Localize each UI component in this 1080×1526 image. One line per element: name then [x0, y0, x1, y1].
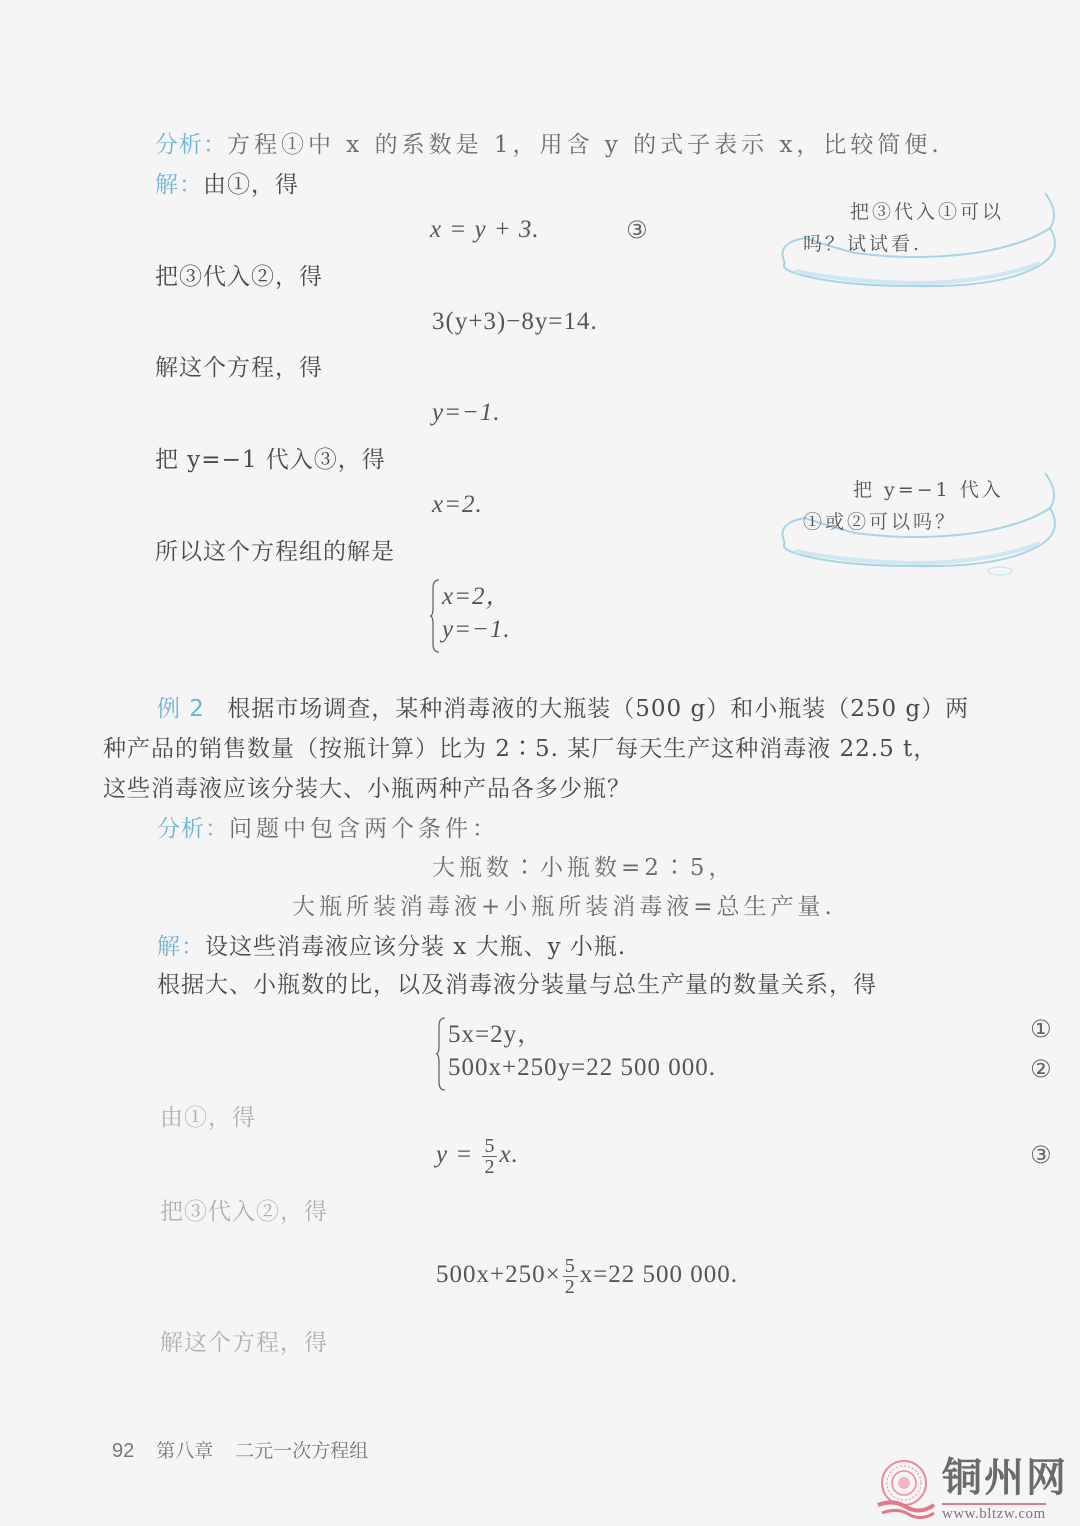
problem-text: 这些消毒液应该分装大、小瓶两种产品各多少瓶？ [103, 774, 631, 804]
step-text: 把③代入②，得 [160, 1197, 328, 1227]
solution-line: 解：由①，得 [155, 170, 299, 200]
analysis-text: 方程①中 x 的系数是 1，用含 y 的式子表示 x，比较简便. [227, 132, 943, 158]
example-label: 例 2 [157, 696, 205, 722]
analysis-label: 分析： [157, 816, 229, 842]
numerator: 5 [563, 1256, 578, 1277]
bubble-text: ①或②可以吗？ [803, 505, 957, 539]
page-number: 92 [112, 1440, 134, 1462]
textbook-page: 分析：方程①中 x 的系数是 1，用含 y 的式子表示 x，比较简便. 解：由①… [0, 0, 1080, 1526]
chapter-number: 第八章 [156, 1440, 213, 1462]
system-row: 500x+250y=22 500 000. [448, 1054, 716, 1082]
fraction: 52 [563, 1256, 578, 1297]
solution-text: 设这些消毒液应该分装 x 大瓶、y 小瓶. [205, 934, 626, 960]
page-footer: 92第八章二元一次方程组 [112, 1436, 368, 1463]
watermark: 铜州网 www.bltzw.com [876, 1455, 1076, 1523]
system-row: x=2， [442, 576, 511, 612]
site-logo-icon [876, 1459, 936, 1519]
equation-tag: ② [1030, 1054, 1053, 1084]
problem-text: 根据市场调查，某种消毒液的大瓶装（500 g）和小瓶装（250 g）两 [227, 696, 969, 722]
equation-y: y=−1. [432, 398, 501, 428]
numerator: 5 [482, 1136, 497, 1157]
step-text: 由①，得 [203, 172, 299, 198]
relation-text: 根据大、小瓶数的比，以及消毒液分装量与总生产量的数量关系，得 [157, 970, 877, 1000]
bubble-text: 吗？试试看. [803, 227, 922, 261]
step-text: 所以这个方程组的解是 [155, 537, 395, 567]
denominator: 2 [482, 1157, 497, 1177]
solution-label: 解： [157, 934, 205, 960]
step-text: 把③代入②，得 [155, 262, 323, 292]
analysis-line: 分析：方程①中 x 的系数是 1，用含 y 的式子表示 x，比较简便. [155, 130, 943, 160]
thought-bubble: 把③代入①可以 吗？试试看. [765, 183, 1065, 298]
equation-text: x = y + 3. [430, 216, 540, 243]
equation-substituted: 500x+250×52x=22 500 000. [436, 1250, 738, 1300]
system-row: 5x=2y， [448, 1014, 543, 1050]
step-text: 解这个方程，得 [160, 1328, 328, 1358]
equation-part: x. [499, 1141, 518, 1168]
equation-part: 500x+250× [436, 1261, 561, 1288]
equation-3: x = y + 3. [430, 215, 540, 245]
equation-x: x=2. [432, 490, 483, 520]
equation-3-fraction: y = 52x. [436, 1130, 519, 1180]
watermark-name: 铜州网 [942, 1455, 1068, 1501]
bubble-text: 把 y=−1 代入 [853, 473, 1004, 507]
denominator: 2 [563, 1277, 578, 1297]
condition-text: 大瓶数∶小瓶数=2∶5， [432, 853, 736, 883]
analysis-text: 问题中包含两个条件： [229, 816, 499, 842]
step-text: 解这个方程，得 [155, 353, 323, 383]
equation-system: 5x=2y， 500x+250y=22 500 000. [436, 1014, 796, 1094]
thought-bubble: 把 y=−1 代入 ①或②可以吗？ [765, 463, 1065, 578]
analysis-label: 分析： [155, 132, 227, 158]
solution-system: x=2， y=−1. [430, 576, 630, 656]
fraction: 52 [482, 1136, 497, 1177]
equation-tag: ③ [1030, 1140, 1053, 1170]
watermark-url: www.bltzw.com [942, 1503, 1046, 1523]
brace-icon [430, 578, 440, 654]
equation-part: y = [436, 1141, 480, 1168]
analysis-line: 分析：问题中包含两个条件： [157, 814, 499, 844]
system-row: y=−1. [442, 616, 511, 644]
step-text: 由①，得 [160, 1103, 256, 1133]
equation-substituted: 3(y+3)−8y=14. [432, 307, 598, 337]
condition-text: 大瓶所装消毒液+小瓶所装消毒液=总生产量. [292, 892, 836, 922]
equation-part: x=22 500 000. [580, 1261, 738, 1288]
equation-tag: ① [1030, 1014, 1053, 1044]
equation-tag: ③ [626, 215, 649, 245]
bubble-text: 把③代入①可以 [850, 195, 1004, 229]
example2-line1: 例 2 根据市场调查，某种消毒液的大瓶装（500 g）和小瓶装（250 g）两 [157, 694, 969, 724]
chapter-title: 二元一次方程组 [235, 1440, 368, 1462]
solution-label: 解： [155, 172, 203, 198]
solution-line: 解：设这些消毒液应该分装 x 大瓶、y 小瓶. [157, 932, 626, 962]
step-text: 把 y=−1 代入③，得 [155, 445, 386, 475]
problem-text: 种产品的销售数量（按瓶计算）比为 2∶5. 某厂每天生产这种消毒液 22.5 t… [103, 734, 937, 764]
brace-icon [436, 1016, 446, 1092]
